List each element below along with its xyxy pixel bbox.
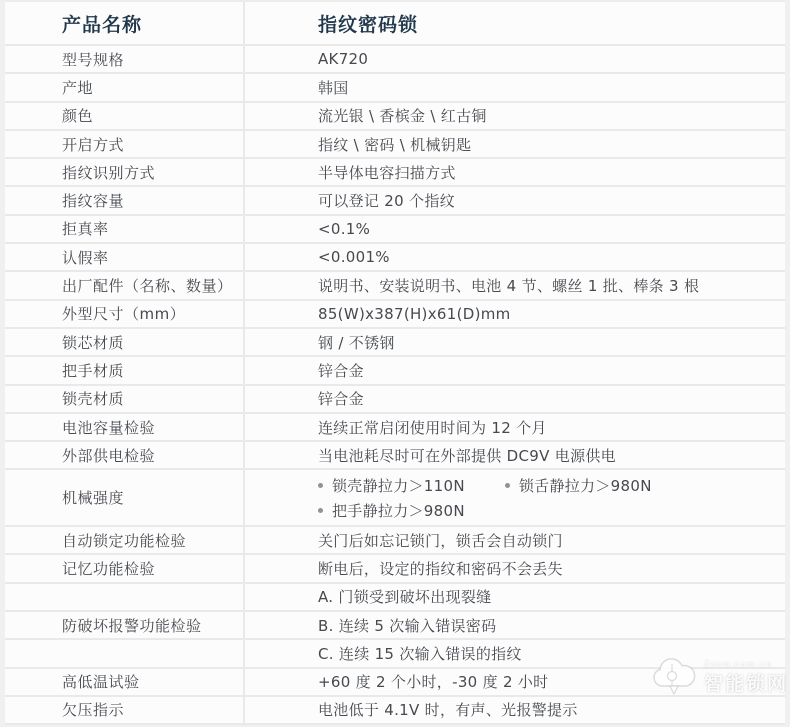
row-value: 断电后，设定的指纹和密码不会丢失 (245, 555, 785, 581)
spec-row-frr: 拒真率 <0.1% (5, 216, 785, 244)
row-value: 可以登记 20 个指纹 (245, 187, 785, 213)
row-value: 韩国 (245, 74, 785, 100)
row-value: C. 连续 15 次输入错误的指纹 (245, 640, 785, 666)
product-name-value: 指纹密码锁 (245, 2, 785, 44)
alarm-row-a: A. 门锁受到破坏出现裂缝 (5, 584, 785, 612)
spec-row-far: 认假率 <0.001% (5, 244, 785, 272)
row-value: A. 门锁受到破坏出现裂缝 (245, 584, 785, 610)
spec-row-unlock-method: 开启方式 指纹 \ 密码 \ 机械钥匙 (5, 131, 785, 159)
row-value: 85(W)x387(H)x61(D)mm (245, 301, 785, 327)
spec-row-accessories: 出厂配件（名称、数量） 说明书、安装说明书、电池 4 节、螺丝 1 批、棒条 3… (5, 272, 785, 300)
row-value: <0.1% (245, 216, 785, 242)
alarm-row-c: C. 连续 15 次输入错误的指纹 (5, 640, 785, 668)
spec-row-low-voltage: 欠压指示 电池低于 4.1V 时，有声、光报警提示 (5, 697, 785, 725)
spec-row-fingerprint-capacity: 指纹容量 可以登记 20 个指纹 (5, 187, 785, 215)
row-label: 指纹容量 (5, 187, 245, 213)
header-row: 产品名称 指纹密码锁 (5, 2, 785, 46)
product-spec-table: 产品名称 指纹密码锁 型号规格 AK720 产地 韩国 颜色 流光银 \ 香槟金… (5, 0, 785, 725)
row-label: 把手材质 (5, 357, 245, 383)
row-value: 锌合金 (245, 357, 785, 383)
row-value: 指纹 \ 密码 \ 机械钥匙 (245, 131, 785, 157)
row-value: 当电池耗尽时可在外部提供 DC9V 电源供电 (245, 442, 785, 468)
row-label: 机械强度 (5, 470, 245, 525)
row-value: B. 连续 5 次输入错误密码 (245, 612, 785, 638)
row-label: 欠压指示 (5, 697, 245, 723)
bullet-item: 锁舌静拉力＞980N (505, 475, 652, 496)
row-label: 记忆功能检验 (5, 555, 245, 581)
bullet-text: 锁壳静拉力＞110N (332, 475, 465, 496)
spec-row-battery-capacity: 电池容量检验 连续正常启闭使用时间为 12 个月 (5, 414, 785, 442)
row-value: 半导体电容扫描方式 (245, 159, 785, 185)
spec-row-origin: 产地 韩国 (5, 74, 785, 102)
row-value: <0.001% (245, 244, 785, 270)
spec-row-handle-material: 把手材质 锌合金 (5, 357, 785, 385)
row-label: 拒真率 (5, 216, 245, 242)
row-label: 防破坏报警功能检验 (5, 612, 245, 638)
bullet-item: 把手静拉力＞980N (318, 500, 465, 521)
row-label: 颜色 (5, 103, 245, 129)
row-label: 出厂配件（名称、数量） (5, 272, 245, 298)
row-value: 锁壳静拉力＞110N 锁舌静拉力＞980N 把手静拉力＞980N (245, 470, 785, 525)
spec-row-mechanical-strength: 机械强度 锁壳静拉力＞110N 锁舌静拉力＞980N 把手静拉力＞980N (5, 470, 785, 527)
spec-row-memory-function: 记忆功能检验 断电后，设定的指纹和密码不会丢失 (5, 555, 785, 583)
bullet-line: 锁壳静拉力＞110N 锁舌静拉力＞980N (318, 475, 652, 496)
row-label: 产地 (5, 74, 245, 100)
row-label: 电池容量检验 (5, 414, 245, 440)
spec-row-external-power: 外部供电检验 当电池耗尽时可在外部提供 DC9V 电源供电 (5, 442, 785, 470)
row-value: 流光银 \ 香槟金 \ 红古铜 (245, 103, 785, 129)
spec-row-cylinder-material: 锁芯材质 钢 / 不锈钢 (5, 329, 785, 357)
bullet-text: 把手静拉力＞980N (332, 500, 465, 521)
bullet-item: 锁壳静拉力＞110N (318, 475, 465, 496)
spec-row-dimensions: 外型尺寸（mm） 85(W)x387(H)x61(D)mm (5, 301, 785, 329)
row-label: 自动锁定功能检验 (5, 527, 245, 553)
row-value: 锌合金 (245, 386, 785, 412)
bullet-icon (318, 508, 323, 513)
row-value: +60 度 2 个小时，-30 度 2 小时 (245, 669, 785, 695)
row-label: 锁壳材质 (5, 386, 245, 412)
row-value: 电池低于 4.1V 时，有声、光报警提示 (245, 697, 785, 723)
row-label-empty (5, 640, 245, 666)
spec-row-color: 颜色 流光银 \ 香槟金 \ 红古铜 (5, 103, 785, 131)
row-value: 钢 / 不锈钢 (245, 329, 785, 355)
spec-row-temperature-test: 高低温试验 +60 度 2 个小时，-30 度 2 小时 (5, 669, 785, 697)
row-value: 说明书、安装说明书、电池 4 节、螺丝 1 批、棒条 3 根 (245, 272, 785, 298)
row-value: AK720 (245, 46, 785, 72)
alarm-row-b: 防破坏报警功能检验 B. 连续 5 次输入错误密码 (5, 612, 785, 640)
row-label-empty (5, 584, 245, 610)
bullet-line: 把手静拉力＞980N (318, 500, 465, 521)
spec-row-auto-lock: 自动锁定功能检验 关门后如忘记锁门，锁舌会自动锁门 (5, 527, 785, 555)
row-label: 指纹识别方式 (5, 159, 245, 185)
spec-row-case-material: 锁壳材质 锌合金 (5, 386, 785, 414)
product-name-label: 产品名称 (5, 2, 245, 44)
row-label: 外部供电检验 (5, 442, 245, 468)
spec-row-model: 型号规格 AK720 (5, 46, 785, 74)
row-label: 开启方式 (5, 131, 245, 157)
row-label: 外型尺寸（mm） (5, 301, 245, 327)
row-value: 连续正常启闭使用时间为 12 个月 (245, 414, 785, 440)
row-label: 认假率 (5, 244, 245, 270)
spec-row-fingerprint-method: 指纹识别方式 半导体电容扫描方式 (5, 159, 785, 187)
row-label: 型号规格 (5, 46, 245, 72)
bullet-text: 锁舌静拉力＞980N (519, 475, 652, 496)
bullet-icon (505, 483, 510, 488)
bullet-icon (318, 483, 323, 488)
row-value: 关门后如忘记锁门，锁舌会自动锁门 (245, 527, 785, 553)
row-label: 锁芯材质 (5, 329, 245, 355)
row-label: 高低温试验 (5, 669, 245, 695)
